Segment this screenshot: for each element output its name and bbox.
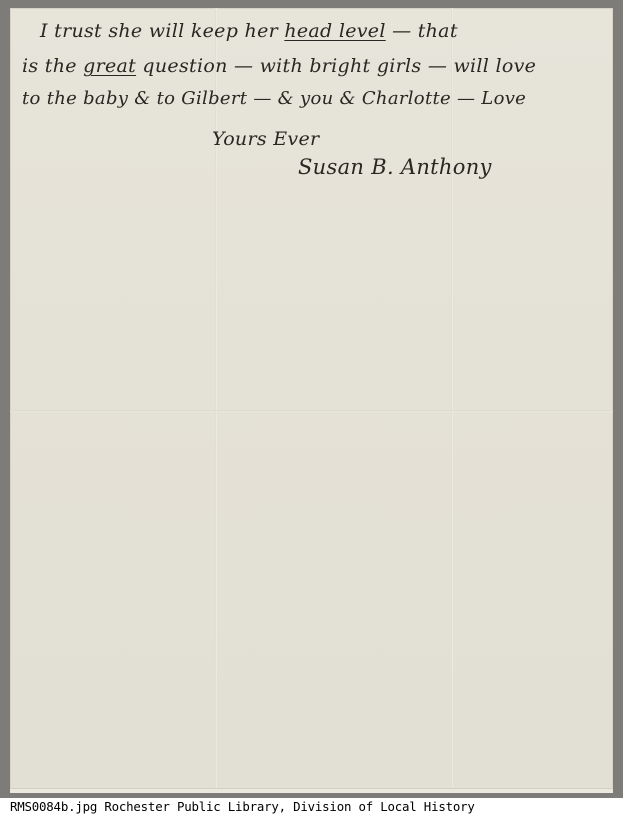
caption-bar: RMS0084b.jpg Rochester Public Library, D… bbox=[0, 798, 623, 817]
scan-background: I trust she will keep her head level — t… bbox=[0, 0, 623, 798]
letter-page bbox=[10, 8, 613, 793]
image-caption: RMS0084b.jpg Rochester Public Library, D… bbox=[10, 799, 475, 814]
vertical-fold-line bbox=[215, 8, 217, 793]
letter-line-1-underlined: head level bbox=[284, 20, 385, 42]
letter-line-3: to the baby & to Gilbert — & you & Charl… bbox=[22, 88, 526, 109]
letter-closing: Yours Ever bbox=[212, 128, 319, 150]
letter-line-1-text-b: — that bbox=[386, 20, 458, 42]
letter-line-2: is the great question — with bright girl… bbox=[22, 55, 536, 77]
letter-line-2-text-b: question — with bright girls — will love bbox=[136, 55, 536, 77]
letter-line-1: I trust she will keep her head level — t… bbox=[40, 20, 458, 42]
letter-signature: Susan B. Anthony bbox=[298, 155, 492, 179]
letter-line-3-text: to the baby & to Gilbert — & you & Charl… bbox=[22, 88, 526, 109]
letter-line-1-text-a: I trust she will keep her bbox=[40, 20, 284, 42]
letter-line-2-underlined: great bbox=[83, 55, 136, 77]
letter-line-2-text-a: is the bbox=[22, 55, 83, 77]
vertical-fold-line bbox=[451, 8, 453, 793]
horizontal-fold-line bbox=[10, 410, 613, 412]
